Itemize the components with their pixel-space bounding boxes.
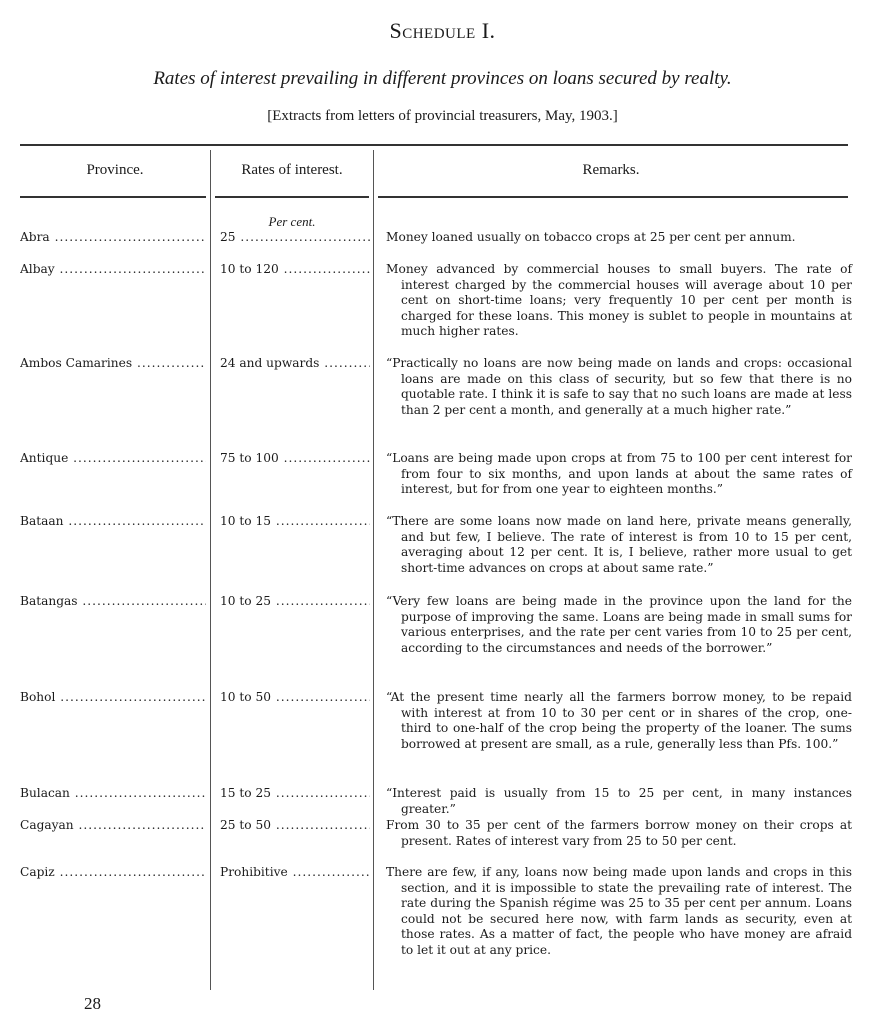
remarks-cell: “Loans are being made upon crops at from… [386,451,852,498]
table-top-rule [20,144,848,146]
remarks-cell: “There are some loans now made on land h… [386,514,852,576]
province-cell: Batangas [20,594,206,610]
rate-cell: 10 to 15 [220,514,370,530]
unit-label: Per cent. [211,214,373,230]
rate-cell: 10 to 120 [220,262,370,278]
remarks-cell: “Practically no loans are now being made… [386,356,852,418]
title-rest: chedule I. [402,18,495,43]
remarks-cell: “At the present time nearly all the farm… [386,690,852,752]
rate-cell: 25 [220,230,370,246]
header-remarks: Remarks. [374,162,848,179]
remarks-cell: From 30 to 35 per cent of the farmers bo… [386,818,852,849]
rate-cell: 75 to 100 [220,451,370,467]
province-cell: Bohol [20,690,206,706]
header-rule-remarks [378,196,848,198]
province-cell: Antique [20,451,206,467]
title-initial: S [389,18,402,43]
rate-cell: Prohibitive [220,865,370,881]
schedule-title: Schedule I. [0,18,885,44]
remarks-cell: Money advanced by commercial houses to s… [386,262,852,340]
header-rule-province [20,196,206,198]
column-divider-2 [373,150,374,990]
rate-cell: 10 to 25 [220,594,370,610]
province-cell: Cagayan [20,818,206,834]
page-number: 28 [84,994,101,1014]
province-cell: Abra [20,230,206,246]
column-divider-1 [210,150,211,990]
province-cell: Albay [20,262,206,278]
province-cell: Ambos Camarines [20,356,206,372]
remarks-cell: Money loaned usually on tobacco crops at… [386,230,852,246]
header-province: Province. [20,162,210,179]
rate-cell: 15 to 25 [220,786,370,802]
province-cell: Bulacan [20,786,206,802]
source-note: [Extracts from letters of provincial tre… [0,108,885,125]
rate-cell: 24 and upwards [220,356,370,372]
rate-cell: 25 to 50 [220,818,370,834]
province-cell: Capiz [20,865,206,881]
header-rates: Rates of interest. [211,162,373,179]
remarks-cell: “Very few loans are being made in the pr… [386,594,852,656]
schedule-subtitle: Rates of interest prevailing in differen… [0,68,885,90]
remarks-cell: “Interest paid is usually from 15 to 25 … [386,786,852,817]
province-cell: Bataan [20,514,206,530]
remarks-cell: There are few, if any, loans now being m… [386,865,852,959]
rate-cell: 10 to 50 [220,690,370,706]
header-rule-rates [215,196,369,198]
